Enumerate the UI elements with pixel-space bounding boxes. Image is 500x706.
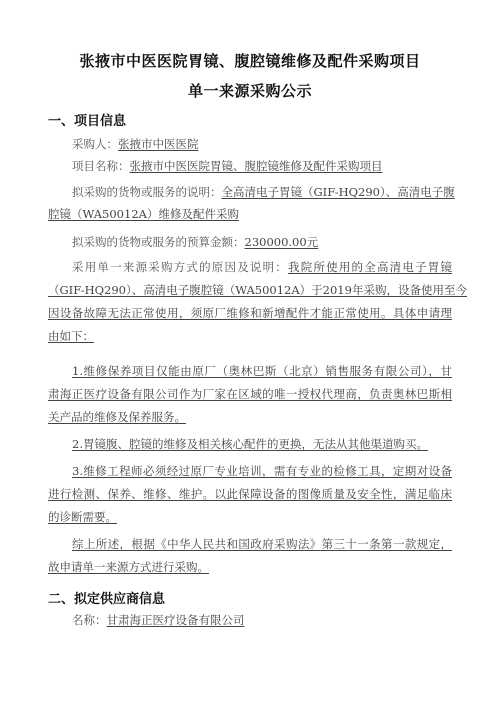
reason-line-3: 因设备故障无法正常使用，须原厂维修和新增配件才能正常使用。具体申请理 [48,306,452,320]
goods-description-label: 拟采购的货物或服务的说明： [72,185,222,199]
summary-text: 故申请单一来源方式进行采购。 [48,560,209,574]
reason-item-text: 进行检测、保养、维修、维护。以此保障设备的图像质量及安全性，满足临床 [48,487,452,501]
purchaser-row: 采购人：张掖市中医医院 [72,137,452,151]
reason-item-text: 3.维修工程师必须经过原厂专业培训，需有专业的检修工具，定期对设备 [72,464,452,478]
reason-item-text: 肃海正医疗设备有限公司作为厂家在区域的唯一授权代理商，负责奥林巴斯相 [48,387,452,401]
reason-item-2: 2.胃镜腹、腔镜的维修及相关核心配件的更换，无法从其他渠道购买。 [72,437,452,451]
supplier-name-label: 名称： [72,613,107,627]
purchaser-value: 张掖市中医医院 [118,137,199,151]
summary-line-2: 故申请单一来源方式进行采购。 [48,560,452,574]
goods-description-cont: 腔镜（WA50012A）维修及配件采购 [48,207,452,221]
goods-description-value: 全高清电子胃镜（GIF-HQ290）、高清电子腹 [222,185,455,199]
goods-description-row: 拟采购的货物或服务的说明：全高清电子胃镜（GIF-HQ290）、高清电子腹 [72,185,452,199]
project-name-value: 张掖市中医医院胃镜、腹腔镜维修及配件采购项目 [130,159,383,173]
budget-row: 拟采购的货物或服务的预算金额：230000.00元 [72,235,452,249]
budget-value: 230000.00元 [245,235,319,249]
reason-item-1: 1.维修保养项目仅能由原厂（奥林巴斯（北京）销售服务有限公司），甘 [72,364,452,378]
reason-value: 我院所使用的全高清电子胃镜 [288,260,452,274]
purchaser-label: 采购人： [72,137,118,151]
reason-row: 采用单一来源采购方式的原因及说明：我院所使用的全高清电子胃镜 [72,260,452,274]
reason-line-2: （GIF-HQ290）、高清电子腹腔镜（WA50012A）于2019年采购，设备… [48,283,452,297]
document-title: 张掖市中医医院胃镜、腹腔镜维修及配件采购项目 [0,50,500,71]
project-name-row: 项目名称：张掖市中医医院胃镜、腹腔镜维修及配件采购项目 [72,159,452,173]
document-page: 张掖市中医医院胃镜、腹腔镜维修及配件采购项目 单一来源采购公示 一、项目信息 采… [0,0,500,706]
document-subtitle: 单一来源采购公示 [0,80,500,101]
reason-item-3: 3.维修工程师必须经过原厂专业培训，需有专业的检修工具，定期对设备 [72,464,452,478]
reason-item-1-cont: 肃海正医疗设备有限公司作为厂家在区域的唯一授权代理商，负责奥林巴斯相 [48,387,452,401]
reason-item-text: 1.维修保养项目仅能由原厂（奥林巴斯（北京）销售服务有限公司），甘 [72,364,452,378]
reason-text: （GIF-HQ290）、高清电子腹腔镜（WA50012A）于2019年采购，设备… [48,283,467,297]
reason-item-3-cont2: 的诊断需要。 [48,510,452,524]
goods-description-value-cont: 腔镜（WA50012A）维修及配件采购 [48,207,239,221]
budget-label: 拟采购的货物或服务的预算金额： [72,235,245,249]
reason-label: 采用单一来源采购方式的原因及说明： [72,260,288,274]
project-name-label: 项目名称： [72,159,130,173]
reason-item-text: 2.胃镜腹、腔镜的维修及相关核心配件的更换，无法从其他渠道购买。 [72,437,428,451]
section-heading-project-info: 一、项目信息 [48,110,126,129]
section-heading-supplier-info: 二、拟定供应商信息 [48,588,165,607]
supplier-name-row: 名称：甘肃海正医疗设备有限公司 [72,613,452,627]
reason-line-4: 由如下： [48,329,452,343]
reason-item-text: 关产品的维修及保养服务。 [48,410,186,424]
reason-item-3-cont: 进行检测、保养、维修、维护。以此保障设备的图像质量及安全性，满足临床 [48,487,452,501]
reason-item-text: 的诊断需要。 [48,510,117,524]
reason-text: 因设备故障无法正常使用，须原厂维修和新增配件才能正常使用。具体申请理 [48,306,452,320]
summary-line-1: 综上所述，根据《中华人民共和国政府采购法》第三十一条第一款规定， [72,537,452,551]
supplier-name-value: 甘肃海正医疗设备有限公司 [107,613,245,627]
reason-item-1-cont2: 关产品的维修及保养服务。 [48,410,452,424]
reason-text: 由如下： [48,329,94,343]
summary-text: 综上所述，根据《中华人民共和国政府采购法》第三十一条第一款规定， [72,537,452,551]
